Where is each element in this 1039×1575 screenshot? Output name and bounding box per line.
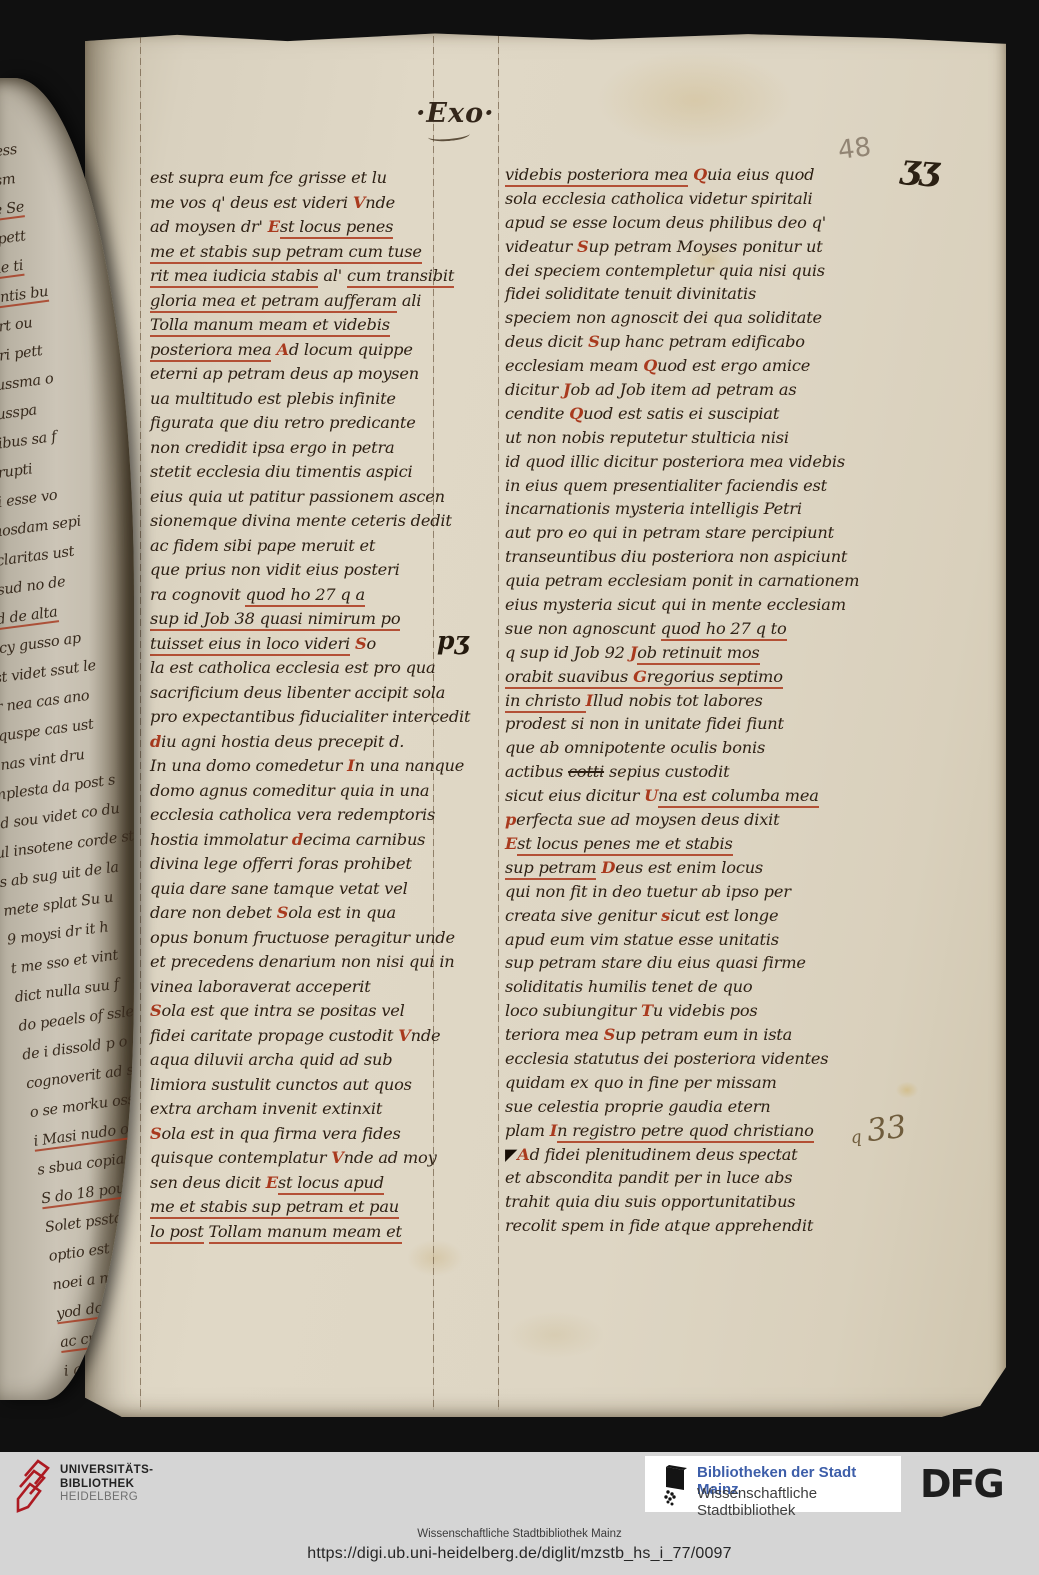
manuscript-line-left: la est catholica ecclesia est pro qua xyxy=(150,656,438,681)
manuscript-line-right: prodest si non in unitate fidei fiunt xyxy=(505,712,841,736)
footer-bar: UNIVERSITÄTS- BIBLIOTHEK HEIDELBERG Bibl… xyxy=(0,1452,1039,1575)
dfg-logo: DFG xyxy=(920,1462,1003,1506)
ruled-line-left xyxy=(140,36,141,1410)
manuscript-line-left: hostia immolatur decima carnibus xyxy=(150,828,438,853)
pencil-folio-number: 48 xyxy=(836,132,873,166)
manuscript-line-right: ◤Ad fidei plenitudinem deus spectat xyxy=(505,1143,841,1167)
manuscript-line-left: quia dare sane tamque vetat vel xyxy=(150,877,438,902)
manuscript-line-left: que prius non vidit eius posteri xyxy=(150,558,438,583)
manuscript-line-right: ut non nobis reputetur stulticia nisi xyxy=(505,426,841,450)
manuscript-line-right: aut pro eo qui in petram stare percipiun… xyxy=(505,521,841,545)
manuscript-page: ·Exo· 48 ʒʒ pʒ q33 est supra eum fce gri… xyxy=(85,30,1006,1417)
footer-caption: Wissenschaftliche Stadtbibliothek Mainz xyxy=(0,1528,1039,1540)
manuscript-line-left: vinea laboraverat acceperit xyxy=(150,975,438,1000)
manuscript-line-right: quia petram ecclesiam ponit in carnation… xyxy=(505,569,841,593)
footer-url[interactable]: https://digi.ub.uni-heidelberg.de/diglit… xyxy=(0,1545,1039,1563)
manuscript-line-right: sicut eius dicitur Una est columba mea xyxy=(505,784,841,808)
manuscript-line-left: me vos q' deus est videri Vnde xyxy=(150,191,438,216)
ubh-line1: UNIVERSITÄTS- xyxy=(60,1464,153,1478)
text-column-right: videbis posteriora mea Quia eius quodsol… xyxy=(505,163,841,1238)
manuscript-line-right: apud se esse locum deus philibus deo q' xyxy=(505,211,841,235)
manuscript-line-left: aqua diluvii archa quid ad sub xyxy=(150,1048,438,1073)
manuscript-line-right: cendite Quod est satis ei suscipiat xyxy=(505,402,841,426)
manuscript-line-left: est supra eum fce grisse et lu xyxy=(150,166,438,191)
manuscript-line-right: sue celestia proprie gaudia etern xyxy=(505,1095,841,1119)
manuscript-line-right: sup petram Deus est enim locus xyxy=(505,856,841,880)
ruled-line-right-column xyxy=(498,36,499,1410)
manuscript-line-left: gloria mea et petram aufferam ali xyxy=(150,289,438,314)
manuscript-line-left: stetit ecclesia diu timentis aspici xyxy=(150,460,438,485)
manuscript-line-left: fidei caritate propage custodit Vnde xyxy=(150,1024,438,1049)
manuscript-line-right: in eius quem presentialiter faciendis es… xyxy=(505,474,841,498)
manuscript-line-right: plam In registro petre quod christiano xyxy=(505,1119,841,1143)
manuscript-line-right: videatur Sup petram Moyses ponitur ut xyxy=(505,235,841,259)
manuscript-line-left: me et stabis sup petram cum tuse xyxy=(150,240,438,265)
manuscript-line-right: que ab omnipotente oculis bonis xyxy=(505,736,841,760)
manuscript-line-left: tuisset eius in loco videri So xyxy=(150,632,438,657)
ubh-line2: BIBLIOTHEK xyxy=(60,1478,153,1492)
mainz-library-logo: Bibliotheken der Stadt Mainz Wissenschaf… xyxy=(645,1456,901,1512)
manuscript-line-left: ra cognovit quod ho 27 q a xyxy=(150,583,438,608)
manuscript-line-left: sen deus dicit Est locus apud xyxy=(150,1171,438,1196)
text-column-left: est supra eum fce grisse et lume vos q' … xyxy=(150,166,438,1244)
manuscript-line-left: ac fidem sibi pape meruit et xyxy=(150,534,438,559)
manuscript-line-left: eterni ap petram deus ap moysen xyxy=(150,362,438,387)
manuscript-line-right: sue non agnoscunt quod ho 27 q to xyxy=(505,617,841,641)
margin-chapter-q: q xyxy=(850,1127,863,1148)
manuscript-line-left: rit mea iudicia stabis al' cum transibit xyxy=(150,264,438,289)
manuscript-line-left: Tolla manum meam et videbis xyxy=(150,313,438,338)
scan-viewport: ·Exo· 48 ʒʒ pʒ q33 est supra eum fce gri… xyxy=(0,0,1039,1575)
manuscript-line-left: Sola est que intra se positas vel xyxy=(150,999,438,1024)
manuscript-line-right: eius mysteria sicut qui in mente ecclesi… xyxy=(505,593,841,617)
manuscript-line-right: id quod illic dicitur posteriora mea vid… xyxy=(505,450,841,474)
manuscript-line-left: quisque contemplatur Vnde ad moy xyxy=(150,1146,438,1171)
manuscript-line-left: sup id Job 38 quasi nimirum po xyxy=(150,607,438,632)
manuscript-line-right: teriora mea Sup petram eum in ista xyxy=(505,1023,841,1047)
manuscript-line-left: opus bonum fructuose peragitur unde xyxy=(150,926,438,951)
manuscript-line-right: ecclesia statutus dei posteriora vidente… xyxy=(505,1047,841,1071)
manuscript-line-left: eius quia ut patitur passionem ascen xyxy=(150,485,438,510)
manuscript-line-left: lo post Tollam manum meam et xyxy=(150,1220,438,1245)
manuscript-line-right: transeuntibus diu posteriora non aspiciu… xyxy=(505,545,841,569)
manuscript-line-right: et abscondita pandit per in luce abs xyxy=(505,1166,841,1190)
manuscript-line-left: posteriora mea Ad locum quippe xyxy=(150,338,438,363)
running-title-exodus: ·Exo· xyxy=(416,98,495,129)
manuscript-line-left: figurata que diu retro predicante xyxy=(150,411,438,436)
manuscript-line-right: quidam ex quo in fine per missam xyxy=(505,1071,841,1095)
margin-chapter-number: 33 xyxy=(865,1109,909,1150)
manuscript-line-left: ua multitudo est plebis infinite xyxy=(150,387,438,412)
ub-heidelberg-logo xyxy=(14,1458,52,1519)
manuscript-line-left: Sola est in qua firma vera fides xyxy=(150,1122,438,1147)
manuscript-line-left: non credidit ipsa ergo in petra xyxy=(150,436,438,461)
manuscript-line-right: dicitur Job ad Job item ad petram as xyxy=(505,378,841,402)
manuscript-line-left: me et stabis sup petram et pau xyxy=(150,1195,438,1220)
manuscript-line-left: extra archam invenit extinxit xyxy=(150,1097,438,1122)
manuscript-line-right: dei speciem contempletur quia nisi quis xyxy=(505,259,841,283)
ubh-line3: HEIDELBERG xyxy=(60,1491,153,1505)
manuscript-line-right: in christo Illud nobis tot labores xyxy=(505,689,841,713)
manuscript-line-right: Est locus penes me et stabis xyxy=(505,832,841,856)
manuscript-line-right: sup petram stare diu eius quasi firme xyxy=(505,951,841,975)
manuscript-line-right: loco subiungitur Tu videbis pos xyxy=(505,999,841,1023)
manuscript-line-left: sionemque divina mente ceteris dedit xyxy=(150,509,438,534)
mainz-book-icon xyxy=(659,1464,689,1506)
manuscript-line-left: dare non debet Sola est in qua xyxy=(150,901,438,926)
margin-chapter-mark: q33 xyxy=(848,1109,908,1152)
manuscript-line-right: qui non fit in deo tuetur ab ipso per xyxy=(505,880,841,904)
manuscript-line-right: sola ecclesia catholica videtur spirital… xyxy=(505,187,841,211)
manuscript-line-right: soliditatis humilis tenet de quo xyxy=(505,975,841,999)
previous-page-text: a tyst mediy essub tassi ve ssmur ungest… xyxy=(0,132,134,1387)
manuscript-line-right: trahit quia diu suis opportunitatibus xyxy=(505,1190,841,1214)
manuscript-line-right: deus dicit Sup hanc petram edificabo xyxy=(505,330,841,354)
manuscript-line-left: divina lege offerri foras prohibet xyxy=(150,852,438,877)
ink-quire-mark: ʒʒ xyxy=(900,147,941,190)
manuscript-line-left: pro expectantibus fiducialiter intercedi… xyxy=(150,705,438,730)
manuscript-line-right: speciem non agnoscit dei qua soliditate xyxy=(505,306,841,330)
manuscript-line-left: diu agni hostia deus precepit d. xyxy=(150,730,438,755)
manuscript-line-right: actibus cotti sepius custodit xyxy=(505,760,841,784)
manuscript-line-right: orabit suavibus Gregorius septimo xyxy=(505,665,841,689)
manuscript-line-right: videbis posteriora mea Quia eius quod xyxy=(505,163,841,187)
mainz-logo-line2: Wissenschaftliche Stadtbibliothek xyxy=(697,1485,901,1519)
manuscript-line-right: ecclesiam meam Quod est ergo amice xyxy=(505,354,841,378)
manuscript-line-left: limiora sustulit cunctos aut quos xyxy=(150,1073,438,1098)
manuscript-line-right: fidei soliditate tenuit divinitatis xyxy=(505,282,841,306)
ub-heidelberg-logo-text: UNIVERSITÄTS- BIBLIOTHEK HEIDELBERG xyxy=(60,1464,153,1505)
manuscript-line-left: ecclesia catholica vera redemptoris xyxy=(150,803,438,828)
manuscript-line-left: ad moysen dr' Est locus penes xyxy=(150,215,438,240)
manuscript-line-left: In una domo comedetur In una nanque xyxy=(150,754,438,779)
manuscript-line-right: apud eum vim statue esse unitatis xyxy=(505,928,841,952)
manuscript-line-left: et precedens denarium non nisi qui in xyxy=(150,950,438,975)
manuscript-line-right: perfecta sue ad moysen deus dixit xyxy=(505,808,841,832)
manuscript-line-right: incarnationis mysteria intelligis Petri xyxy=(505,497,841,521)
manuscript-line-right: q sup id Job 92 Job retinuit mos xyxy=(505,641,841,665)
manuscript-line-left: sacrificium deus libenter accipit sola xyxy=(150,681,438,706)
manuscript-line-left: domo agnus comeditur quia in una xyxy=(150,779,438,804)
manuscript-line-right: recolit spem in fide atque apprehendit xyxy=(505,1214,841,1238)
manuscript-line-right: creata sive genitur sicut est longe xyxy=(505,904,841,928)
gutter-signature-mark: pʒ xyxy=(437,626,469,655)
ub-heidelberg-logo-icon xyxy=(14,1458,52,1514)
